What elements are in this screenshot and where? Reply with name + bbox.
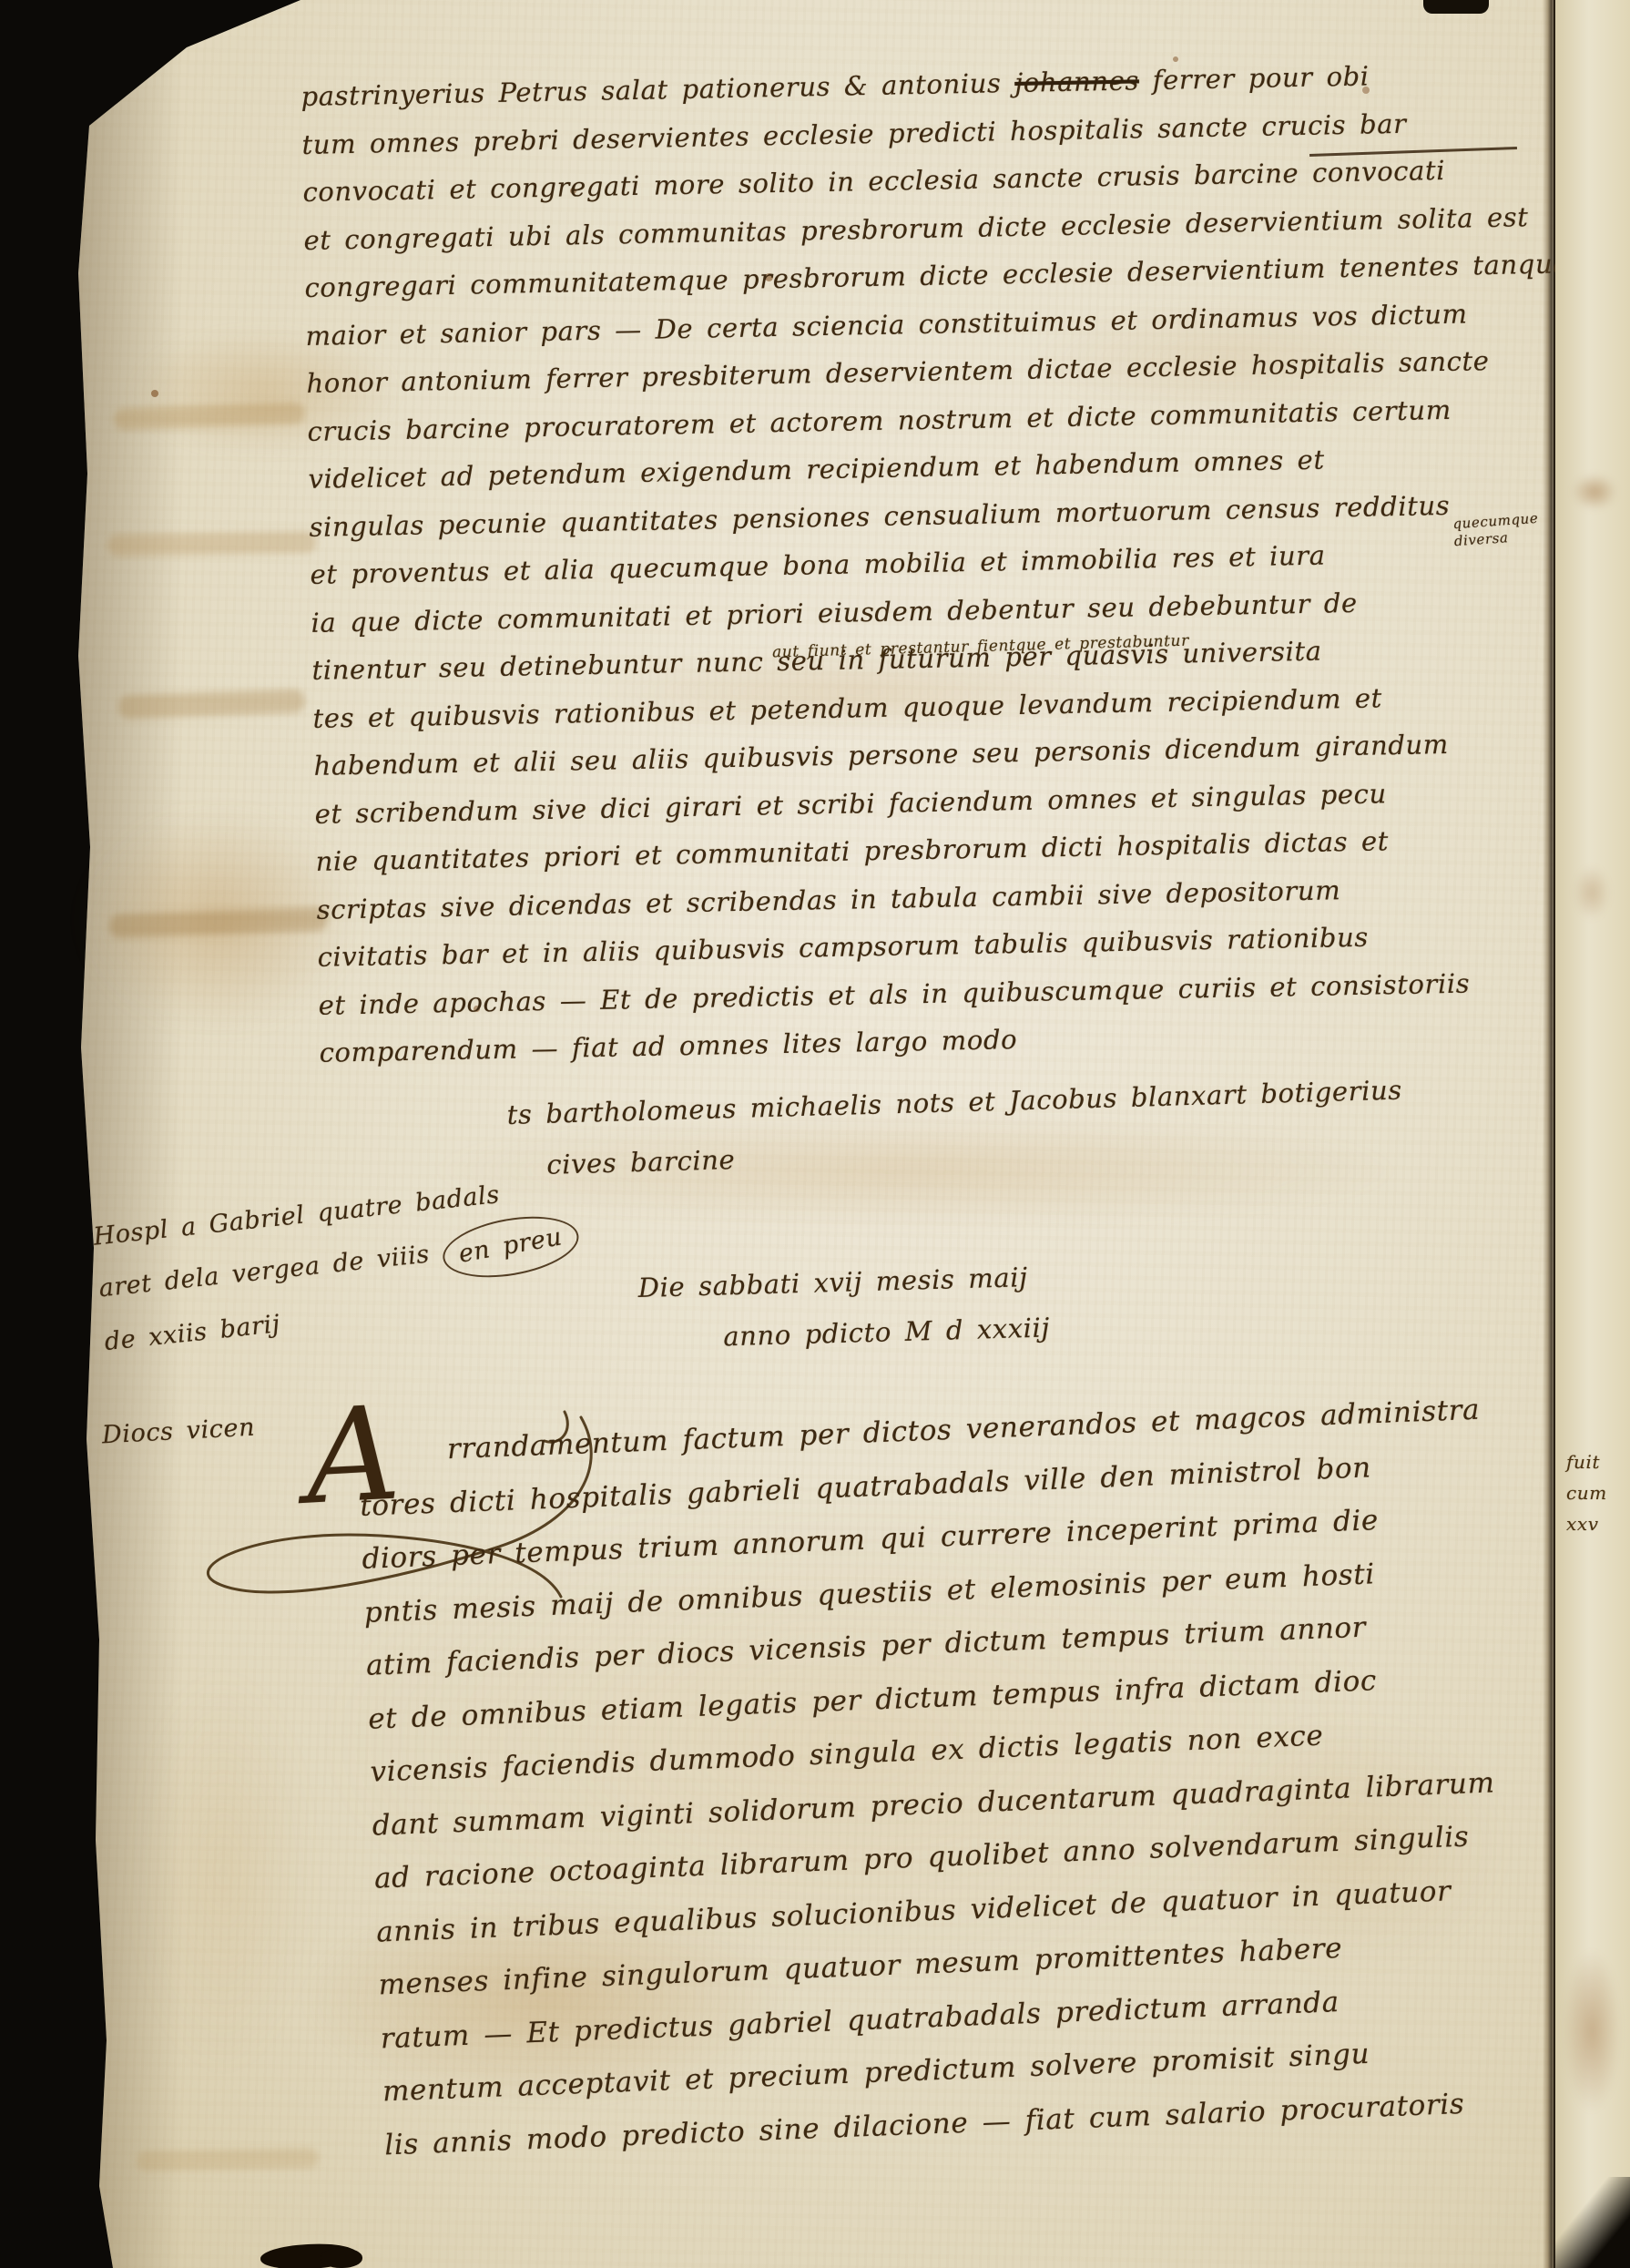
adjacent-page-strip bbox=[1555, 0, 1630, 2268]
stain bbox=[1563, 1949, 1621, 2113]
ink-speck bbox=[151, 390, 158, 397]
ink-blot bbox=[321, 2248, 362, 2268]
stain bbox=[1574, 865, 1610, 920]
margin-note-line: fuit bbox=[1566, 1446, 1607, 1477]
line-segment: pastrinyerius Petrus salat pationerus & … bbox=[301, 67, 1002, 112]
margin-note-line: cum bbox=[1566, 1477, 1607, 1508]
date-heading: Die sabbati xvij mesis maij anno pdicto … bbox=[637, 1251, 1051, 1364]
strikethrough-word: johannes bbox=[1014, 65, 1139, 98]
paragraph-arrendamentum: rrandamentum factum per dictos venerando… bbox=[357, 1381, 1559, 2171]
edge-mark bbox=[1423, 0, 1489, 14]
stain bbox=[1572, 474, 1617, 510]
dark-corner bbox=[1555, 2177, 1630, 2268]
manuscript-scan: pastrinyerius Petrus salat pationerus & … bbox=[0, 0, 1630, 2268]
margin-note-line: xxv bbox=[1566, 1508, 1607, 1539]
paragraph-procuration: pastrinyerius Petrus salat pationerus & … bbox=[301, 49, 1558, 1077]
line-segment: ferrer pour obi bbox=[1152, 60, 1370, 96]
margin-note-next-page: fuit cum xxv bbox=[1566, 1446, 1607, 1539]
left-edge-shadow bbox=[73, 0, 182, 2268]
date-line: anno pdicto M d xxxiij bbox=[723, 1302, 1051, 1362]
